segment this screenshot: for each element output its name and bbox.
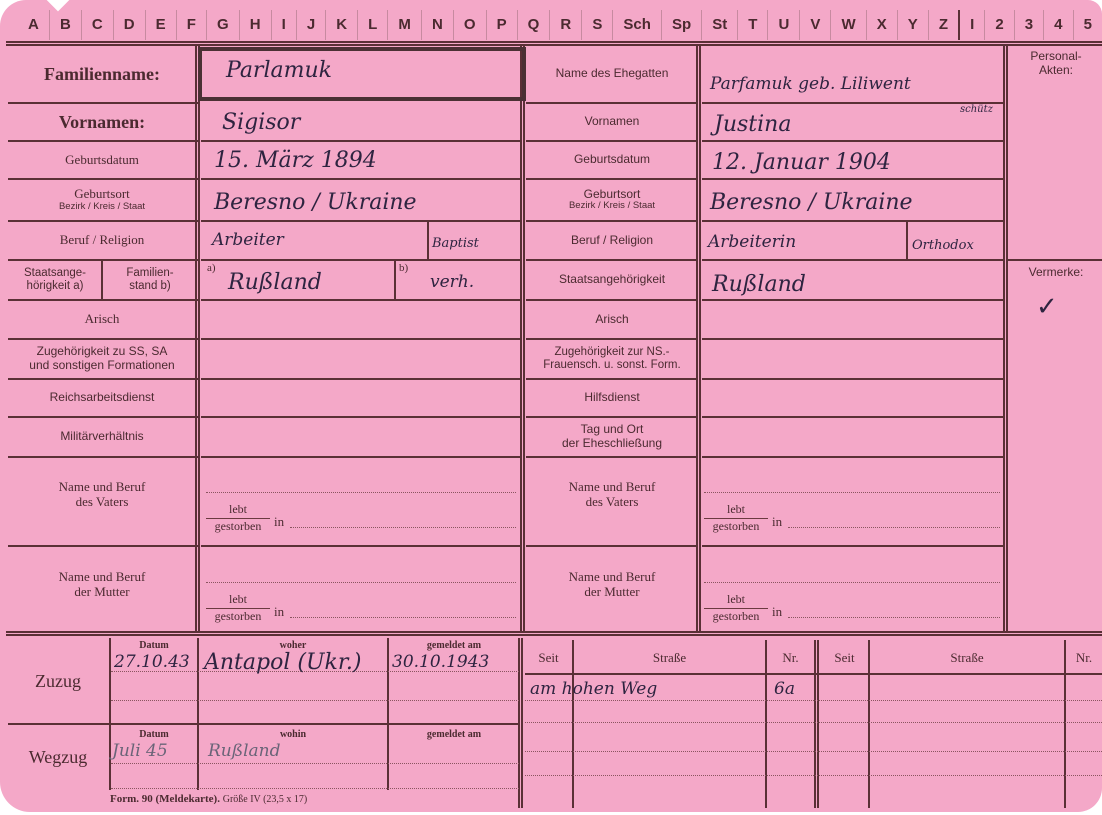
frac-lebt: lebt [206, 502, 270, 519]
registration-card: A B C D E F G H I J K L M N O P Q R S Sc… [0, 0, 1102, 812]
label-spouse-zugehoerigkeit: Zugehörigkeit zur NS.- Frauensch. u. son… [526, 340, 698, 378]
bottom-rule [6, 631, 1102, 636]
vater-status-fraction: lebt gestorben [206, 502, 270, 534]
frac-gestorben: gestorben [704, 609, 768, 624]
index-tab: K [326, 10, 358, 40]
spouse-vater-fraction: lebt gestorben [704, 502, 768, 534]
index-tab: D [114, 10, 146, 40]
label-vermerke: Vermerke: [1010, 264, 1102, 282]
label-familienname: Familienname: [8, 46, 196, 102]
index-tab: R [550, 10, 582, 40]
label-wegzug: Wegzug [8, 725, 108, 790]
label-ehegatte: Name des Ehegatten [526, 46, 698, 102]
index-tab: V [800, 10, 831, 40]
zuzug-header-datum: Datum [111, 640, 197, 651]
index-tab: S [582, 10, 613, 40]
label-familienstand: Familien- stand b) [104, 261, 196, 299]
address-header-seit-2: Seit [821, 650, 868, 666]
label-spouse-vater: Name und Beruf des Vaters [526, 465, 698, 525]
label-zugehoerigkeit: Zugehörigkeit zu SS, SA und sonstigen Fo… [8, 340, 196, 378]
value-spouse-geburtsort: Beresno / Ukraine [710, 190, 913, 215]
value-ehegatte: Parfamuk geb. Liliwent [710, 74, 911, 94]
index-tab: E [146, 10, 177, 40]
index-tab: T [738, 10, 768, 40]
geburtsort-text: Geburtsort [74, 187, 130, 202]
frac-lebt: lebt [704, 502, 768, 519]
address-header-seit: Seit [525, 650, 572, 666]
label-personal-akten: Personal- Akten: [1010, 50, 1102, 80]
form-size: Größe IV (23,5 x 17) [223, 794, 308, 805]
value-geburtsort: Beresno / Ukraine [214, 190, 417, 215]
label-geburtsdatum: Geburtsdatum [8, 142, 196, 178]
wegzug-datum: Juli 45 [112, 741, 168, 761]
index-tab: F [177, 10, 207, 40]
index-tab: 4 [1044, 10, 1073, 40]
form-number: Form. 90 (Meldekarte). [110, 793, 220, 805]
address-header-nr: Nr. [767, 650, 814, 666]
wegzug-header-datum: Datum [111, 729, 197, 740]
checkmark-icon: ✓ [1036, 292, 1058, 322]
label-beruf-religion: Beruf / Religion [8, 222, 196, 259]
index-tab: Q [518, 10, 551, 40]
index-tab: H [240, 10, 272, 40]
form-footer: Form. 90 (Meldekarte). Größe IV (23,5 x … [110, 793, 307, 805]
frac-gestorben: gestorben [206, 519, 270, 534]
value-spouse-vornamen: Justina [714, 112, 791, 137]
label-militaer: Militärverhältnis [8, 418, 196, 456]
label-spouse-geburtsort: Geburtsort Bezirk / Kreis / Staat [526, 180, 698, 220]
index-tab: I [272, 10, 297, 40]
label-vater: Name und Beruf des Vaters [8, 465, 196, 525]
label-staatsangehoerigkeit: Staatsange- hörigkeit a) [8, 261, 102, 299]
zuzug-datum: 27.10.43 [114, 652, 190, 672]
frac-lebt: lebt [206, 592, 270, 609]
index-tab: P [487, 10, 518, 40]
label-mutter: Name und Beruf der Mutter [8, 555, 196, 615]
wegzug-header-gemeldet: gemeldet am [389, 729, 519, 740]
value-geburtsdatum: 15. März 1894 [214, 148, 377, 173]
index-tab: X [867, 10, 898, 40]
value-spouse-beruf: Arbeiterin [708, 232, 796, 252]
mutter-status-fraction: lebt gestorben [206, 592, 270, 624]
index-tab: W [831, 10, 866, 40]
frac-lebt: lebt [704, 592, 768, 609]
alphabet-index: A B C D E F G H I J K L M N O P Q R S Sc… [18, 10, 1102, 40]
index-tab: 2 [985, 10, 1014, 40]
zuzug-header-gemeldet: gemeldet am [389, 640, 519, 651]
label-spouse-staatsang: Staatsangehörigkeit [526, 261, 698, 299]
index-tab: B [50, 10, 82, 40]
index-tab: U [768, 10, 800, 40]
label-vornamen: Vornamen: [8, 104, 196, 140]
geburtsort-sub: Bezirk / Kreis / Staat [59, 202, 145, 213]
value-spouse-staatsang: Rußland [712, 272, 806, 297]
zuzug-gemeldet: 30.10.1943 [392, 652, 489, 672]
index-tab: O [454, 10, 487, 40]
value-ehegatte-note: schütz [960, 104, 993, 115]
label-reichsarbeitsdienst: Reichsarbeitsdienst [8, 380, 196, 416]
wegzug-header-wohin: wohin [199, 729, 387, 740]
value-spouse-religion: Orthodox [912, 238, 974, 253]
address-header-nr-2: Nr. [1066, 650, 1102, 666]
zuzug-woher: Antapol (Ukr.) [204, 650, 362, 675]
index-tab: N [422, 10, 454, 40]
frac-in: in [274, 604, 284, 620]
index-tab: Sp [662, 10, 702, 40]
frac-gestorben: gestorben [206, 609, 270, 624]
frac-in: in [772, 514, 782, 530]
label-arisch: Arisch [8, 301, 196, 338]
label-b: b) [399, 262, 408, 274]
index-tab: Sch [613, 10, 662, 40]
index-tab: G [207, 10, 240, 40]
address-header-strasse: Straße [574, 650, 765, 666]
address-strasse: am hohen Weg [530, 679, 657, 699]
label-spouse-arisch: Arisch [526, 301, 698, 338]
index-tab: Z [929, 10, 960, 40]
index-tab: I [960, 10, 985, 40]
spouse-geburtsort-text: Geburtsort [584, 188, 641, 202]
value-familienstand: verh. [430, 272, 474, 292]
frac-in: in [274, 514, 284, 530]
index-tab: St [702, 10, 738, 40]
address-nr: 6a [774, 679, 795, 699]
frac-gestorben: gestorben [704, 519, 768, 534]
index-tab: 3 [1015, 10, 1044, 40]
label-spouse-mutter: Name und Beruf der Mutter [526, 555, 698, 615]
spouse-geburtsort-sub: Bezirk / Kreis / Staat [569, 201, 655, 212]
label-a: a) [207, 262, 216, 274]
frac-in: in [772, 604, 782, 620]
value-beruf: Arbeiter [212, 230, 284, 250]
wegzug-wohin: Rußland [208, 741, 281, 761]
index-tab: L [358, 10, 388, 40]
label-spouse-beruf: Beruf / Religion [526, 222, 698, 259]
value-spouse-geburtsdatum: 12. Januar 1904 [712, 150, 891, 175]
label-eheschliessung: Tag und Ort der Eheschließung [526, 418, 698, 456]
label-spouse-vornamen: Vornamen [526, 104, 698, 140]
index-tab: Y [898, 10, 929, 40]
label-geburtsort: Geburtsort Bezirk / Kreis / Staat [8, 180, 196, 220]
spouse-mutter-fraction: lebt gestorben [704, 592, 768, 624]
label-hilfsdienst: Hilfsdienst [526, 380, 698, 416]
index-tab: A [18, 10, 50, 40]
address-header-strasse-2: Straße [870, 650, 1064, 666]
value-staatsangehoerigkeit: Rußland [228, 270, 322, 295]
label-zuzug: Zuzug [8, 640, 108, 723]
index-tab: C [82, 10, 114, 40]
index-tab: 5 [1074, 10, 1102, 40]
index-tab: M [388, 10, 422, 40]
label-spouse-geburtsdatum: Geburtsdatum [526, 142, 698, 178]
value-vornamen: Sigisor [222, 110, 300, 135]
value-familienname: Parlamuk [226, 58, 332, 83]
value-religion: Baptist [432, 236, 479, 251]
index-tab: J [297, 10, 326, 40]
